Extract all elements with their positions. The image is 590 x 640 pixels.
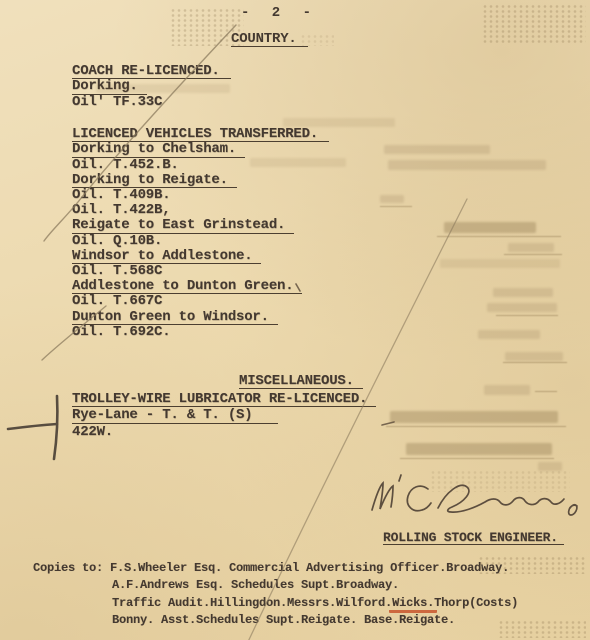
vehicle-line: Oil' TF.33C bbox=[72, 95, 231, 110]
signoff-title-wrap: ROLLING STOCK ENGINEER. bbox=[383, 530, 564, 545]
route-line: Dorking to Chelsham. bbox=[72, 142, 329, 157]
bleed-through-text bbox=[484, 385, 530, 395]
bleed-through-heading bbox=[406, 443, 552, 455]
route-line: Dunton Green to Windsor. bbox=[72, 310, 329, 325]
vehicle-line: Oil. T.409B. bbox=[72, 188, 329, 203]
bleed-through-text bbox=[487, 303, 557, 312]
vehicle-line: 422W. bbox=[72, 424, 376, 440]
vehicle-line: Oil. Q.10B. bbox=[72, 234, 329, 249]
bleed-through-text bbox=[505, 352, 563, 361]
bleed-through-text bbox=[493, 288, 553, 297]
bleed-through-marks bbox=[478, 556, 586, 574]
bleed-through-text bbox=[96, 84, 230, 93]
route-line: Rye-Lane - T. & T. (S) bbox=[72, 407, 376, 423]
bleed-through-text bbox=[380, 195, 404, 203]
route-line: Reigate to East Grinstead. bbox=[72, 218, 329, 233]
bleed-through-marks bbox=[300, 34, 334, 46]
misc-heading-wrap: MISCELLANEOUS. bbox=[239, 374, 363, 389]
bleed-through-rule bbox=[535, 391, 557, 392]
copies-recipient: A.F.Andrews Esq. Schedules Supt.Broadway… bbox=[33, 577, 518, 594]
bleed-through-text bbox=[388, 160, 546, 170]
bleed-through-marks bbox=[482, 4, 586, 44]
bleed-through-text bbox=[250, 158, 346, 167]
bleed-through-rule bbox=[496, 315, 558, 316]
bleed-through-text bbox=[440, 259, 560, 268]
signoff-title: ROLLING STOCK ENGINEER. bbox=[383, 531, 564, 545]
copies-recipient: Bonny. Asst.Schedules Supt.Reigate. Base… bbox=[33, 612, 518, 629]
copies-recipient: Traffic Audit.Hillingdon.Messrs.Wilford.… bbox=[33, 595, 518, 612]
section-heading: MISCELLANEOUS. bbox=[239, 374, 363, 389]
scanned-document-page: - 2 - COUNTRY. COACH RE-LICENCED. Dorkin… bbox=[0, 0, 590, 640]
bleed-through-text bbox=[283, 118, 395, 127]
section-subheading: TROLLEY-WIRE LUBRICATOR RE-LICENCED. bbox=[72, 391, 376, 407]
bleed-through-marks bbox=[430, 470, 570, 492]
section-miscellaneous: TROLLEY-WIRE LUBRICATOR RE-LICENCED. Rye… bbox=[72, 391, 376, 440]
copies-label: Copies to: bbox=[33, 560, 103, 577]
bleed-through-rule bbox=[400, 458, 554, 459]
bleed-through-rule bbox=[504, 254, 562, 255]
copies-recipient: Copies to:F.S.Wheeler Esq. Commercial Ad… bbox=[33, 560, 518, 577]
vehicle-line: Oil. T.692C. bbox=[72, 325, 329, 340]
bleed-through-marks bbox=[498, 620, 586, 638]
bleed-through-rule bbox=[437, 236, 561, 237]
section-heading: COACH RE-LICENCED. bbox=[72, 64, 231, 79]
bleed-through-marks bbox=[170, 8, 244, 46]
route-line: Dorking to Reigate. bbox=[72, 173, 329, 188]
bleed-through-rule bbox=[503, 362, 567, 363]
vehicle-line: Oil. T.568C bbox=[72, 264, 329, 279]
bleed-through-rule bbox=[380, 206, 412, 207]
highlighted-name: Wicks. bbox=[389, 596, 437, 613]
margin-mark bbox=[8, 396, 57, 459]
bleed-through-rule bbox=[386, 426, 566, 427]
bleed-through-heading bbox=[444, 222, 536, 233]
bleed-through-text bbox=[384, 145, 490, 154]
bleed-through-heading bbox=[390, 411, 558, 423]
section-heading: LICENCED VEHICLES TRANSFERRED. bbox=[72, 127, 329, 142]
vehicle-line: Oil. T.667C bbox=[72, 294, 329, 309]
copies-block: Copies to:F.S.Wheeler Esq. Commercial Ad… bbox=[33, 560, 518, 629]
bleed-through-text bbox=[478, 330, 540, 339]
bleed-through-text bbox=[508, 243, 554, 252]
vehicle-line: Oil. T.422B, bbox=[72, 203, 329, 218]
page-number: - 2 - bbox=[241, 5, 318, 21]
route-line: Windsor to Addlestone. bbox=[72, 249, 329, 264]
